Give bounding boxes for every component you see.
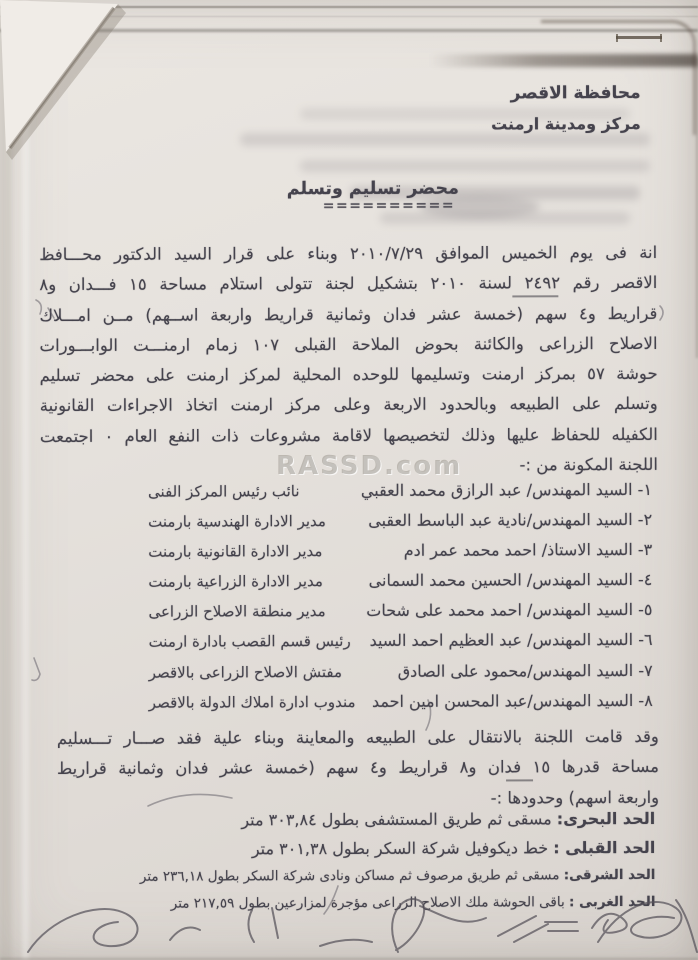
boundary-east: الحد الشرقى: مسقى ثم طريق مرصوف ثم مساكن… (29, 867, 655, 896)
boundary-label: الحد الغربى : (569, 894, 656, 910)
committee-member-row: ٧- السيد المهندس/محمود على الصادق مفتش ا… (149, 661, 653, 693)
committee-member-row: ٨- السيد المهندس/عبد المحسن امين احمد من… (149, 691, 653, 723)
paragraph-line: حوشة ٥٧ بمركز ارمنت وتسليمها للوحده المح… (40, 359, 658, 391)
city-center-heading: مركز ومدينة ارمنت (491, 114, 641, 134)
member-role: مندوب ادارة املاك الدولة بالاقصر (149, 693, 356, 712)
intro-paragraph: انة فى يوم الخميس الموافق ٢٠١٠/٧/٢٩ وبنا… (39, 238, 658, 483)
boundary-label: الحد القبلى : (553, 838, 655, 857)
member-role: مدير الادارة الهندسية بارمنت (148, 512, 326, 531)
document-title: محضر تسليم وتسلم (287, 179, 459, 200)
paragraph-line: مساحة قدرها ١٥ فدان و٨ قراريط و٤ سهم (خم… (57, 752, 659, 784)
paragraph-line: وقد قامت اللجنة بالانتقال على الطبيعه وا… (57, 722, 659, 754)
pen-underline (506, 779, 533, 781)
pen-underline (512, 295, 558, 297)
member-name: ٨- السيد المهندس/عبد المحسن امين احمد (372, 691, 653, 711)
committee-member-row: ٣- السيد الاستاذ/ احمد محمد عمر ادم مدير… (148, 540, 652, 572)
boundary-label: الحد الشرقى: (564, 867, 656, 883)
paragraph-line: انة فى يوم الخميس الموافق ٢٠١٠/٧/٢٩ وبنا… (39, 238, 657, 270)
member-role: رئيس قسم القصب بادارة ارمنت (149, 632, 351, 651)
committee-member-row: ٦- السيد المهندس/ عبد العظيم احمد السيد … (149, 630, 653, 662)
paragraph-line: قراريط و٤ سهم (خمسة عشر فدان وثمانية قرا… (39, 299, 657, 331)
boundary-north: الحد البحرى: مسقى ثم طريق المستشفى بطول … (29, 809, 655, 840)
member-name: ٢- السيد المهندس/نادية عبد الباسط العقبى (368, 510, 652, 530)
committee-member-row: ٤- السيد المهندس/ الحسين محمد السمانى مد… (148, 570, 652, 602)
committee-member-row: ٢- السيد المهندس/نادية عبد الباسط العقبى… (148, 510, 652, 542)
member-name: ٥- السيد المهندس/ احمد محمد على شحات (366, 600, 652, 620)
paragraph-line: وتسلم على الطبيعه وبالحدود الاربعة وعلى … (40, 389, 658, 421)
boundary-west: الحد الغربى : باقى الحوشة ملك الاصلاح ال… (29, 894, 655, 923)
member-name: ٣- السيد الاستاذ/ احمد محمد عمر ادم (404, 540, 653, 560)
member-role: مدير منطقة الاصلاح الزراعى (148, 602, 325, 621)
scanned-document-page: محافظة الاقصر مركز ومدينة ارمنت محضر تسل… (0, 0, 698, 960)
title-underline: ========== (323, 198, 455, 214)
boundary-south: الحد القبلى : خط ديكوفيل شركة السكر بطول… (29, 838, 655, 869)
boundary-label: الحد البحرى: (557, 809, 655, 828)
boundaries-list: الحد البحرى: مسقى ثم طريق المستشفى بطول … (29, 809, 655, 923)
member-name: ١- السيد المهندس/ عبد الرازق محمد العقبي (361, 480, 652, 500)
paragraph-line: الاصلاح الزراعى والكائنة بحوض الملاحة ال… (39, 329, 657, 361)
member-name: ٧- السيد المهندس/محمود على الصادق (398, 661, 653, 681)
boundary-text: باقى الحوشة ملك الاصلاح الزراعى مؤجرة لم… (171, 894, 565, 911)
boundary-text: خط ديكوفيل شركة السكر بطول ٣٠١,٣٨ متر (252, 838, 548, 858)
handover-paragraph: وقد قامت اللجنة بالانتقال على الطبيعه وا… (57, 722, 659, 815)
watermark: RASSD.com (276, 451, 462, 481)
member-role: مدير الادارة الزراعية بارمنت (148, 572, 323, 591)
committee-member-row: ٥- السيد المهندس/ احمد محمد على شحات مدي… (148, 600, 652, 632)
member-name: ٤- السيد المهندس/ الحسين محمد السمانى (369, 570, 653, 590)
boundary-text: مسقى ثم طريق مرصوف ثم مساكن ونادى شركة ا… (140, 867, 560, 884)
governorate-heading: محافظة الاقصر (511, 83, 641, 103)
committee-member-row: ١- السيد المهندس/ عبد الرازق محمد العقبي… (148, 480, 652, 512)
paragraph-line: الكفيله للحفاظ عليها وذلك لتخصيصها لاقام… (40, 420, 658, 452)
paragraph-line: الاقصر رقم ٢٤٩٢ لسنة ٢٠١٠ بتشكيل لجنة تت… (39, 268, 657, 300)
committee-list: ١- السيد المهندس/ عبد الرازق محمد العقبي… (148, 480, 653, 723)
member-role: مفتش الاصلاح الزراعى بالاقصر (149, 663, 342, 682)
member-role: مدير الادارة القانونية بارمنت (148, 542, 322, 561)
boundary-text: مسقى ثم طريق المستشفى بطول ٣٠٣,٨٤ متر (241, 809, 551, 829)
member-name: ٦- السيد المهندس/ عبد العظيم احمد السيد (370, 630, 653, 650)
member-role: نائب رئيس المركز الفنى (148, 482, 300, 501)
